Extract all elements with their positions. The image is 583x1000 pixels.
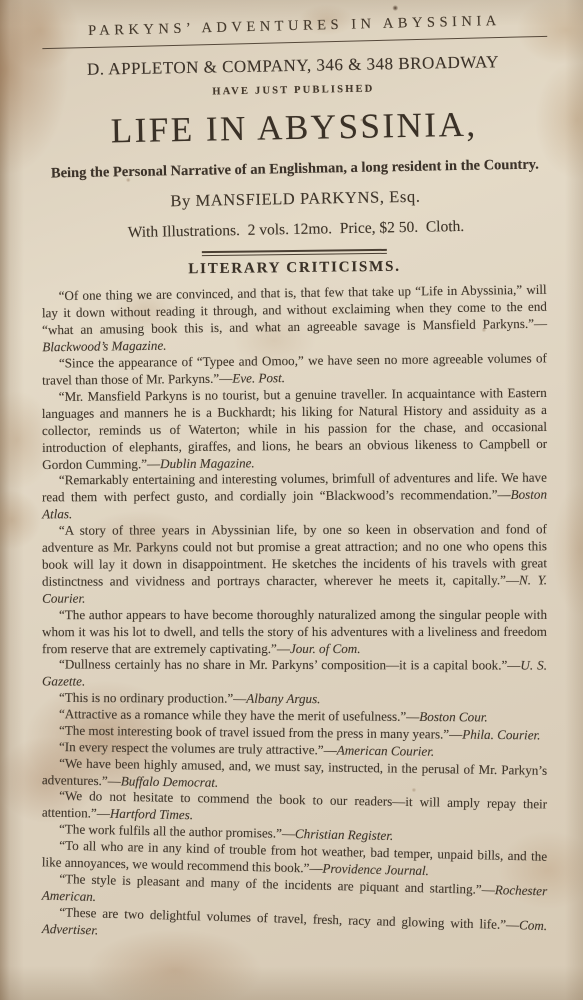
review-source: Jour. of Com. <box>290 640 361 655</box>
review-paragraph: “Dullness certainly has no share in Mr. … <box>42 657 547 692</box>
divider-rule <box>202 249 387 256</box>
review-paragraph: “A story of three years in Abyssinian li… <box>42 521 547 607</box>
review-paragraph: “Since the appearance of “Typee and Omoo… <box>42 350 547 389</box>
review-paragraph: “Remarkably entertaining and interesting… <box>42 470 547 523</box>
review-source: Providence Journal. <box>322 861 429 878</box>
review-paragraph: “Of one thing we are convinced, and that… <box>42 282 548 356</box>
publisher-line: D. APPLETON & COMPANY, 346 & 348 BROADWA… <box>40 51 545 80</box>
review-text: “Since the appearance of “Typee and Omoo… <box>42 350 547 387</box>
review-text: “Mr. Mansfield Parkyns is no tourist, bu… <box>42 385 547 472</box>
review-text: “Dullness certainly has no share in Mr. … <box>59 657 520 673</box>
edition-line: With Illustrations. 2 vols. 12mo. Price,… <box>43 217 548 244</box>
review-text: “A story of three years in Abyssinian li… <box>42 521 547 588</box>
review-text: “In every respect the volumes are truly … <box>59 739 337 757</box>
review-text: “Of one thing we are convinced, and that… <box>42 282 547 337</box>
review-source: Eve. Post. <box>232 370 285 386</box>
review-text: “The most interesting book of travel iss… <box>59 723 462 742</box>
running-head-block: PARKYNS’ ADVENTURES IN ABYSSINIA <box>42 12 547 49</box>
review-text: “This is no ordinary production.”— <box>59 690 246 706</box>
review-source: Dublin Magazine. <box>160 455 255 471</box>
review-source: American Courier. <box>337 742 435 758</box>
scanned-book-page: PARKYNS’ ADVENTURES IN ABYSSINIA D. APPL… <box>0 0 583 1000</box>
review-source: Christian Register. <box>295 826 394 843</box>
page-content: PARKYNS’ ADVENTURES IN ABYSSINIA D. APPL… <box>0 0 583 945</box>
book-title: LIFE IN ABYSSINIA, <box>41 103 547 152</box>
review-source: Blackwood’s Magazine. <box>42 338 166 355</box>
review-paragraph: “The author appears to have become thoro… <box>42 606 547 657</box>
review-source: Boston Cour. <box>419 709 488 725</box>
review-source: Albany Argus. <box>246 691 320 706</box>
book-subtitle: Being the Personal Narrative of an Engli… <box>42 154 547 184</box>
author-byline: By MANSFIELD PARKYNS, Esq. <box>43 185 548 214</box>
review-source: Phila. Courier. <box>462 727 540 743</box>
review-paragraph: “Mr. Mansfield Parkyns is no tourist, bu… <box>42 385 548 474</box>
reviews-list: “Of one thing we are convinced, and that… <box>42 285 547 944</box>
masthead: D. APPLETON & COMPANY, 346 & 348 BROADWA… <box>40 51 548 244</box>
section-heading: LITERARY CRITICISMS. <box>42 257 547 280</box>
review-source: Buffalo Democrat. <box>121 773 219 789</box>
criticisms-header: LITERARY CRITICISMS. <box>42 247 547 280</box>
review-text: “Remarkably entertaining and interesting… <box>42 470 547 505</box>
review-source: Hartford Times. <box>110 806 193 822</box>
announce-line: HAVE JUST PUBLISHED <box>41 80 546 100</box>
review-text: “Attractive as a romance while they have… <box>59 706 419 724</box>
